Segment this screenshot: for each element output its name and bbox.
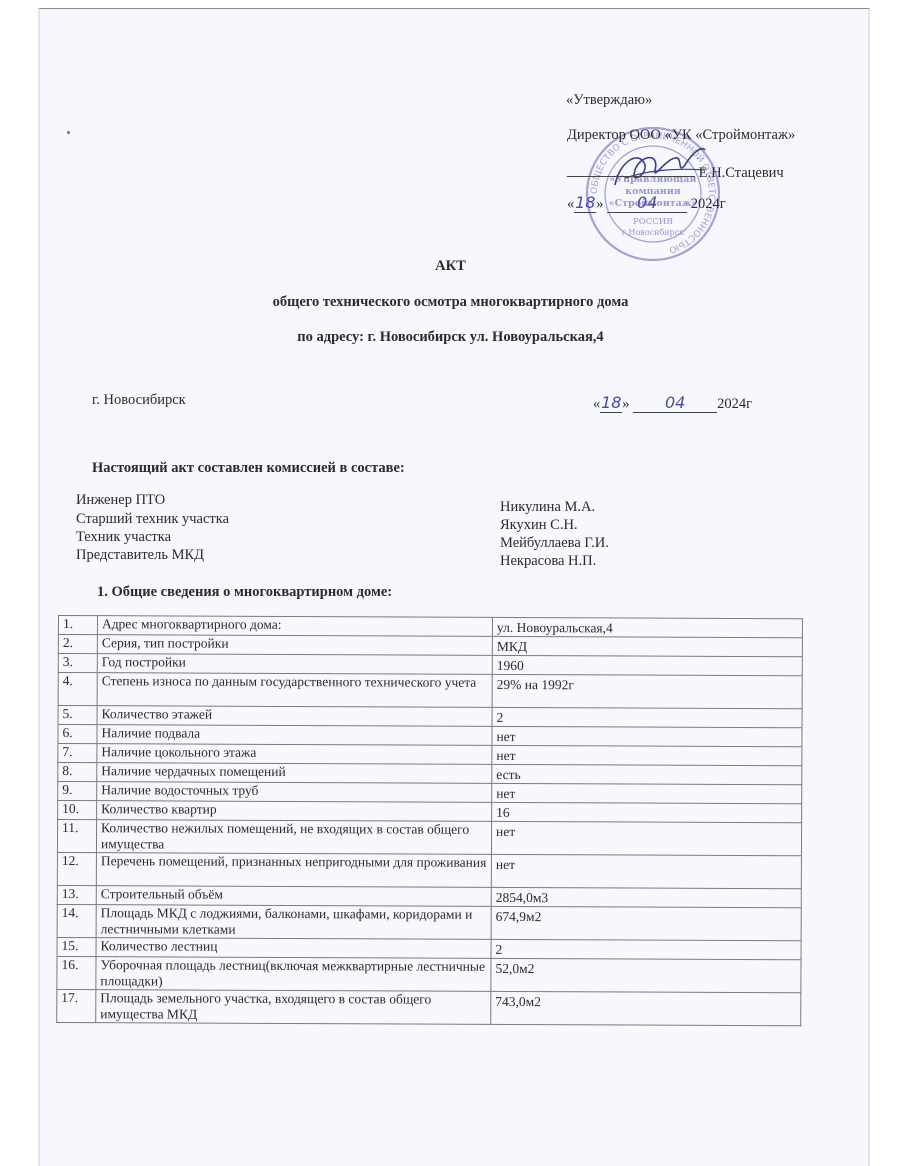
row-label: Количество лестниц xyxy=(96,938,491,959)
row-label: Перечень помещений, признанных непригодн… xyxy=(96,853,491,888)
table-row: 16.Уборочная площадь лестниц(включая меж… xyxy=(57,956,801,992)
table-row: 12.Перечень помещений, признанных неприг… xyxy=(57,852,801,888)
row-number: 13. xyxy=(57,885,96,904)
row-number: 7. xyxy=(58,744,97,763)
commission-role-2: Техник участка xyxy=(76,529,171,546)
act-year: 2024г xyxy=(717,396,752,412)
document-title: АКТ xyxy=(0,258,901,275)
row-label: Площадь МКД с лоджиями, балконами, шкафа… xyxy=(96,905,491,940)
commission-role-3: Представитель МКД xyxy=(76,547,204,564)
commission-role-0: Инженер ПТО xyxy=(76,492,165,509)
row-number: 9. xyxy=(58,782,97,801)
red-dot-mark xyxy=(67,131,70,134)
row-label: Год постройки xyxy=(97,654,492,675)
commission-intro: Настоящий акт составлен комиссией в сост… xyxy=(92,460,405,477)
document-subtitle: общего технического осмотра многоквартир… xyxy=(0,294,901,311)
approval-day: 18 xyxy=(574,193,596,213)
approval-month: 04 xyxy=(607,193,687,213)
row-label: Площадь земельного участка, входящего в … xyxy=(96,990,491,1025)
row-label: Серия, тип постройки xyxy=(97,635,492,656)
row-value: нет xyxy=(492,726,802,746)
table-row: 14.Площадь МКД с лоджиями, балконами, шк… xyxy=(57,904,801,940)
row-number: 8. xyxy=(58,763,97,782)
row-value: 2 xyxy=(492,707,802,727)
row-value: 1960 xyxy=(492,655,802,675)
row-value: 2854,0м3 xyxy=(491,887,801,907)
row-number: 12. xyxy=(57,852,96,885)
row-value: нет xyxy=(492,783,802,803)
building-info-table: 1.Адрес многоквартирного дома:ул. Новоур… xyxy=(56,615,803,1026)
act-date: «18» 042024г xyxy=(593,393,752,413)
row-label: Количество квартир xyxy=(97,801,492,822)
row-value: ул. Новоуральская,4 xyxy=(492,617,802,637)
table-row: 11.Количество нежилых помещений, не вход… xyxy=(57,820,801,856)
stamp-country: РОССИЯ xyxy=(633,217,673,227)
row-value: 52,0м2 xyxy=(491,958,801,992)
row-label: Количество нежилых помещений, не входящи… xyxy=(96,820,491,855)
row-value: МКД xyxy=(492,636,802,656)
place-city: г. Новосибирск xyxy=(92,392,186,409)
row-value: 2 xyxy=(491,939,801,959)
director-position: Директор ООО «УК «Строймонтаж» xyxy=(567,127,795,144)
commission-name-0: Никулина М.А. xyxy=(500,499,595,516)
row-value: нет xyxy=(491,821,801,855)
row-value: 16 xyxy=(492,802,802,822)
row-number: 17. xyxy=(57,989,96,1022)
row-label: Наличие подвала xyxy=(97,725,492,746)
stamp-city: г.Новосибирск xyxy=(622,228,684,237)
row-number: 6. xyxy=(58,725,97,744)
row-value: 743,0м2 xyxy=(491,991,801,1025)
row-value: 29% на 1992г xyxy=(492,674,802,708)
director-name: Е.Н.Стацевич xyxy=(699,165,784,181)
row-number: 15. xyxy=(57,937,96,956)
act-month: 04 xyxy=(633,393,717,413)
row-label: Наличие чердачных помещений xyxy=(97,763,492,784)
table-row: 4.Степень износа по данным государственн… xyxy=(58,673,802,709)
commission-name-2: Мейбуллаева Г.И. xyxy=(500,535,609,552)
section1-heading: 1. Общие сведения о многоквартирном доме… xyxy=(97,584,392,601)
row-value: нет xyxy=(492,745,802,765)
row-label: Наличие водосточных труб xyxy=(97,782,492,803)
director-signature-line: Е.Н.Стацевич xyxy=(567,162,784,182)
approve-label: «Утверждаю» xyxy=(566,92,652,109)
row-value: 674,9м2 xyxy=(491,906,801,940)
table-row: 17.Площадь земельного участка, входящего… xyxy=(57,989,801,1025)
row-label: Уборочная площадь лестниц(включая межква… xyxy=(96,957,491,992)
row-number: 1. xyxy=(58,616,97,635)
row-value: есть xyxy=(492,764,802,784)
act-day: 18 xyxy=(600,393,622,413)
approval-date: «18» 04 2024г xyxy=(567,193,726,213)
document-address: по адресу: г. Новосибирск ул. Новоуральс… xyxy=(0,329,901,346)
row-number: 11. xyxy=(57,820,96,853)
row-number: 3. xyxy=(58,654,97,673)
commission-name-1: Якухин С.Н. xyxy=(500,517,578,534)
row-number: 2. xyxy=(58,635,97,654)
row-label: Количество этажей xyxy=(97,706,492,727)
signature-blank xyxy=(567,162,695,177)
commission-name-3: Некрасова Н.П. xyxy=(500,553,596,570)
row-number: 5. xyxy=(58,706,97,725)
row-label: Наличие цокольного этажа xyxy=(97,744,492,765)
row-value: нет xyxy=(491,854,801,888)
row-number: 4. xyxy=(58,673,97,706)
row-label: Адрес многоквартирного дома: xyxy=(97,616,492,637)
commission-role-1: Старший техник участка xyxy=(76,511,229,528)
approval-year: 2024г xyxy=(691,196,726,212)
row-number: 10. xyxy=(58,801,97,820)
row-number: 16. xyxy=(57,956,96,989)
row-label: Степень износа по данным государственног… xyxy=(97,673,492,708)
row-number: 14. xyxy=(57,904,96,937)
row-label: Строительный объём xyxy=(96,886,491,907)
